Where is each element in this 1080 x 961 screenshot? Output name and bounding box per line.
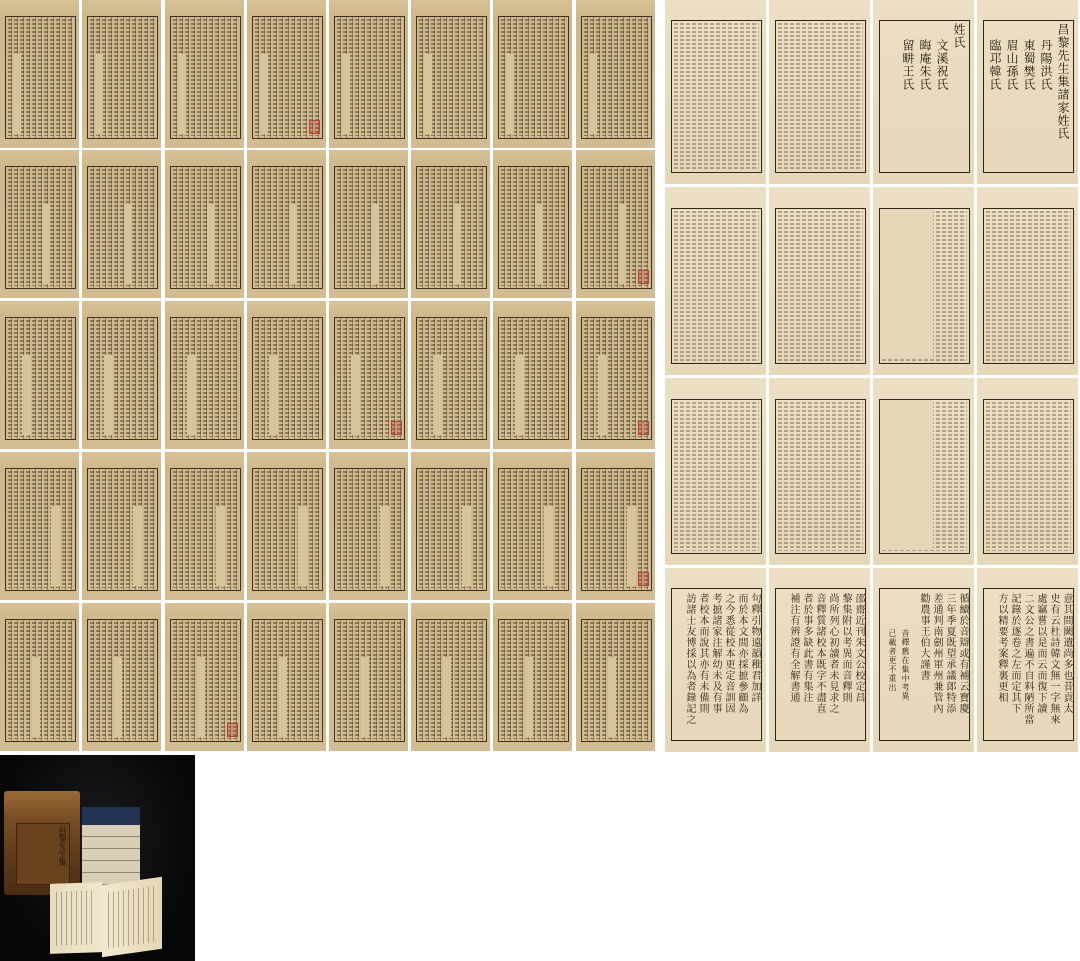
postscript-column: 邵齋近刊朱文公校定昌 — [852, 593, 864, 703]
contributor-name: 留畊王氏 — [900, 39, 916, 91]
contributor-name: 丹陽洪氏 — [1038, 39, 1054, 91]
book-page-scan — [0, 301, 79, 449]
book-page-scan — [82, 150, 161, 298]
postscript-column: 補注有辨證有全解書通 — [787, 593, 799, 703]
book-page-scan — [247, 0, 326, 148]
postscript-column: 史有云杜詩韓文無一字無來 — [1047, 593, 1059, 725]
book-page-scan — [769, 378, 870, 565]
contributor-name: 晦庵朱氏 — [917, 39, 933, 91]
seal-stamp — [391, 421, 402, 435]
postscript-column: 方以精要考案釋裏更相 — [995, 593, 1007, 703]
open-book-left-leaf — [50, 882, 102, 954]
postscript-column: 記錄於逐卷之左而定其下 — [1008, 593, 1020, 714]
postscript-column: 處竊嘗以是而云而復下讀 — [1034, 593, 1046, 714]
book-page-scan — [247, 452, 326, 600]
book-page-scan — [977, 187, 1078, 375]
contributors-title-page-left: 姓氏文溪祝氏晦庵朱氏留畊王氏 — [873, 0, 974, 184]
book-set-photo: 昌黎先生集 — [0, 755, 195, 961]
book-page-scan — [0, 150, 79, 298]
postscript-column: 意其間闕遺尚多也昔貢太 — [1060, 593, 1072, 714]
postscript-column: 之今悉從校本更定音訓因 — [722, 593, 734, 714]
book-page-scan — [665, 187, 766, 375]
seal-stamp — [309, 120, 320, 134]
book-page-scan — [247, 301, 326, 449]
book-page-scan — [0, 452, 79, 600]
book-page-scan — [329, 150, 408, 298]
postscript-column: 三年季夏既望承議郎特添 — [943, 593, 955, 714]
book-page-scan — [665, 0, 766, 184]
handwritten-postscript-page: 循續於音辯或有補云寶慶三年季夏既望承議郎特添差通判南劍州軍州兼管內勸農事王伯大謹… — [873, 568, 974, 752]
seal-stamp — [227, 723, 238, 737]
postscript-column: 循續於音辯或有補云寶慶 — [956, 593, 968, 714]
book-page-scan — [165, 301, 244, 449]
contributor-name: 臨邛韓氏 — [987, 39, 1003, 91]
book-page-scan — [576, 301, 655, 449]
postscript-column: 者校本而說其亦有未備則 — [696, 593, 708, 714]
book-page-scan — [165, 603, 244, 751]
book-page-scan — [576, 452, 655, 600]
contributor-name: 眉山孫氏 — [1004, 39, 1020, 91]
contributor-name: 文溪祝氏 — [934, 39, 950, 91]
case-label: 昌黎先生集 — [16, 823, 70, 885]
book-page-scan — [82, 0, 161, 148]
book-page-scan — [493, 603, 572, 751]
contributor-name: 東蜀樊氏 — [1021, 39, 1037, 91]
book-page-scan — [576, 603, 655, 751]
book-page-scan — [0, 603, 79, 751]
left-page-grid — [0, 0, 657, 752]
postscript-column: 二文公之書遍不自料陋所當 — [1021, 593, 1033, 725]
book-page-scan — [769, 187, 870, 375]
book-page-scan — [873, 378, 974, 565]
contributors-title-page-right: 昌黎先生集諸家姓氏丹陽洪氏東蜀樊氏眉山孫氏臨邛韓氏 — [977, 0, 1078, 184]
open-book-right-leaf — [102, 877, 162, 957]
book-page-scan — [493, 0, 572, 148]
book-page-scan — [0, 0, 79, 148]
book-page-scan — [576, 0, 655, 148]
handwritten-postscript-page: 意其間闕遺尚多也昔貢太史有云杜詩韓文無一字無來處竊嘗以是而云而復下讀二文公之書遍… — [977, 568, 1078, 752]
book-page-scan — [493, 150, 572, 298]
book-page-scan — [247, 150, 326, 298]
right-page-grid: 姓氏文溪祝氏晦庵朱氏留畊王氏昌黎先生集諸家姓氏丹陽洪氏東蜀樊氏眉山孫氏臨邛韓氏句… — [665, 0, 1080, 752]
book-page-scan — [329, 0, 408, 148]
book-page-scan — [82, 452, 161, 600]
postscript-column: 音釋質諸校本既字不盡直 — [813, 593, 825, 714]
postscript-note: 已載者更不重出 — [886, 629, 898, 692]
book-page-scan — [769, 0, 870, 184]
seal-stamp — [638, 421, 649, 435]
handwritten-postscript-page: 句釋引物遠韻稚君加詳而於本文間亦採摭參顧為之今悉從校本更定音訓因考摭諸家注解幼未… — [665, 568, 766, 752]
postscript-note: 音釋舊在集中考異 — [899, 629, 911, 701]
book-page-scan — [411, 0, 490, 148]
seal-stamp — [638, 572, 649, 586]
book-page-scan — [165, 150, 244, 298]
book-page-scan — [329, 452, 408, 600]
book-page-scan — [411, 150, 490, 298]
book-page-scan — [411, 301, 490, 449]
wooden-case-lid — [4, 791, 80, 817]
postscript-column: 訪諸士友博採以為者錄記之 — [683, 593, 695, 725]
postscript-column: 者於事多缺此書有集注 — [800, 593, 812, 703]
book-page-scan — [411, 452, 490, 600]
book-page-scan — [873, 187, 974, 375]
book-page-scan — [329, 301, 408, 449]
postscript-column: 勸農事王伯大謹書 — [917, 593, 929, 681]
book-page-scan — [329, 603, 408, 751]
book-page-scan — [493, 301, 572, 449]
seal-stamp — [638, 270, 649, 284]
book-page-scan — [977, 378, 1078, 565]
postscript-column: 考摭諸家注解幼未及有事 — [709, 593, 721, 714]
page-heading: 昌黎先生集諸家姓氏 — [1055, 23, 1071, 140]
postscript-column: 差通判南劍州軍州兼管內 — [930, 593, 942, 714]
book-page-scan — [493, 452, 572, 600]
page-heading: 姓氏 — [951, 23, 967, 49]
postscript-column: 句釋引物遠韻稚君加詳 — [748, 593, 760, 703]
book-page-scan — [165, 452, 244, 600]
book-page-scan — [665, 378, 766, 565]
book-page-scan — [576, 150, 655, 298]
book-page-scan — [82, 301, 161, 449]
book-page-scan — [411, 603, 490, 751]
postscript-column: 尚所列心初讀者未見求之 — [826, 593, 838, 714]
book-page-scan — [165, 0, 244, 148]
handwritten-postscript-page: 邵齋近刊朱文公校定昌黎集附以考異而音釋則尚所列心初讀者未見求之音釋質諸校本既字不… — [769, 568, 870, 752]
book-page-scan — [82, 603, 161, 751]
postscript-column: 黎集附以考異而音釋則 — [839, 593, 851, 703]
postscript-column: 而於本文間亦採摭參顧為 — [735, 593, 747, 714]
book-page-scan — [247, 603, 326, 751]
